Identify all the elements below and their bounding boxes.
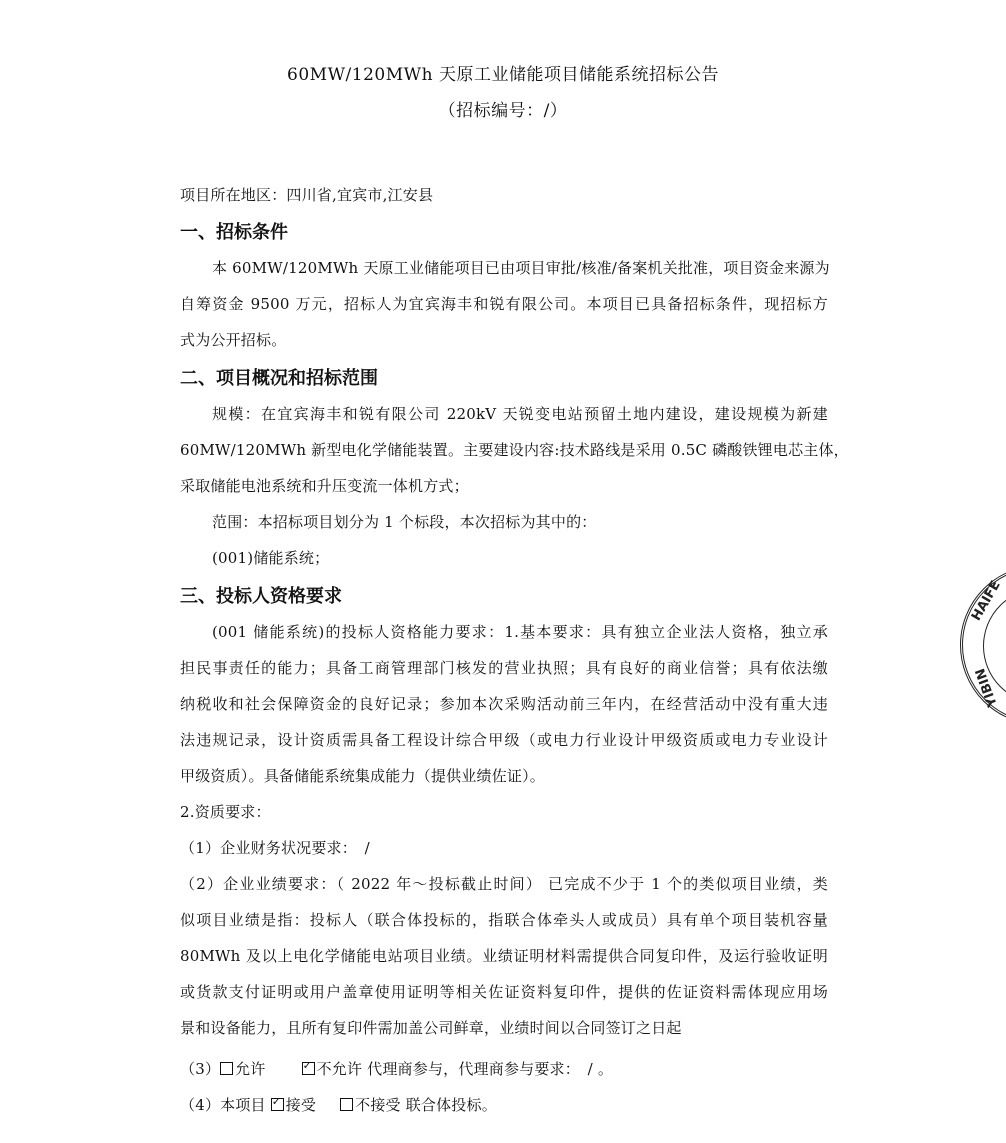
- consortium-line: （4）本项目 接受不接受 联合体投标。: [180, 1094, 830, 1115]
- paragraph-line: 或货款支付证明或用户盖章使用证明等相关佐证资料复印件，提供的佐证资料需体现应用场: [180, 981, 828, 1002]
- item4-prefix: （4）本项目: [180, 1096, 271, 1114]
- paragraph-line: 范围：本招标项目划分为 1 个标段，本次招标为其中的：: [212, 511, 862, 532]
- paragraph-line: 规模：在宜宾海丰和锐有限公司 220kV 天锐变电站预留土地内建设，建设规模为新…: [212, 403, 828, 424]
- item4-suffix: 联合体投标。: [401, 1096, 497, 1114]
- accept-label: 接受: [286, 1096, 316, 1114]
- paragraph-line: 担民事责任的能力；具备工商管理部门核发的营业执照；具有良好的商业信誉；具有依法缴: [180, 657, 828, 678]
- document-title: 60MW/120MWh 天原工业储能项目储能系统招标公告: [0, 60, 1006, 85]
- section-heading-3: 三、投标人资格要求: [180, 582, 342, 608]
- checkbox-not-accept: [340, 1098, 353, 1111]
- tender-number: （招标编号：/）: [0, 96, 1006, 121]
- paragraph-line: 纳税收和社会保障资金的良好记录；参加本次采购活动前三年内，在经营活动中没有重大违: [180, 693, 828, 714]
- paragraph-line: （2）企业业绩要求：（ 2022 年～投标截止时间） 已完成不少于 1 个的类似…: [180, 873, 828, 894]
- agent-participation-line: （3）允许不允许 代理商参与，代理商参与要求： / 。: [180, 1058, 830, 1079]
- paragraph-line: 似项目业绩是指：投标人（联合体投标的，指联合体牵头人或成员）具有单个项目装机容量: [180, 909, 828, 930]
- paragraph-line: 甲级资质）。具备储能系统集成能力（提供业绩佐证）。: [180, 765, 830, 786]
- project-location: 项目所在地区：四川省,宜宾市,江安县: [180, 184, 830, 205]
- paragraph-line: 式为公开招标。: [180, 329, 830, 350]
- paragraph-line: 采取储能电池系统和升压变流一体机方式；: [180, 475, 830, 496]
- checkbox-allow: [220, 1062, 233, 1075]
- company-seal: HAIFE YIBIN: [960, 565, 1006, 725]
- item3-prefix: （3）: [180, 1060, 220, 1078]
- paragraph-line: 本 60MW/120MWh 天原工业储能项目已由项目审批/核准/备案机关批准，项…: [212, 257, 828, 278]
- paragraph-line: 自筹资金 9500 万元，招标人为宜宾海丰和锐有限公司。本项目已具备招标条件，现…: [180, 293, 828, 314]
- paragraph-line: 法违规记录，设计资质需具备工程设计综合甲级（或电力行业设计甲级资质或电力专业设计: [180, 729, 828, 750]
- paragraph-line: （1）企业财务状况要求： /: [180, 837, 830, 858]
- checkbox-accept: [271, 1098, 284, 1111]
- allow-label: 允许: [235, 1060, 265, 1078]
- paragraph-line: (001)储能系统；: [212, 547, 862, 568]
- disallow-label: 不允许: [317, 1060, 363, 1078]
- paragraph-line: 景和设备能力，且所有复印件需加盖公司鲜章，业绩时间以合同签订之日起: [180, 1017, 830, 1038]
- section-heading-2: 二、项目概况和招标范围: [180, 364, 378, 390]
- not-accept-label: 不接受: [355, 1096, 401, 1114]
- paragraph-line: 2.资质要求：: [180, 801, 830, 822]
- checkbox-disallow: [302, 1062, 315, 1075]
- item3-suffix: 代理商参与，代理商参与要求： / 。: [362, 1060, 613, 1078]
- section-heading-1: 一、招标条件: [180, 218, 288, 244]
- paragraph-line: 80MWh 及以上电化学储能电站项目业绩。业绩证明材料需提供合同复印件，及运行验…: [180, 945, 828, 966]
- paragraph-line: 60MW/120MWh 新型电化学储能装置。主要建设内容:技术路线是采用 0.5…: [180, 439, 828, 460]
- paragraph-line: (001 储能系统)的投标人资格能力要求：1.基本要求：具有独立企业法人资格，独…: [212, 621, 828, 642]
